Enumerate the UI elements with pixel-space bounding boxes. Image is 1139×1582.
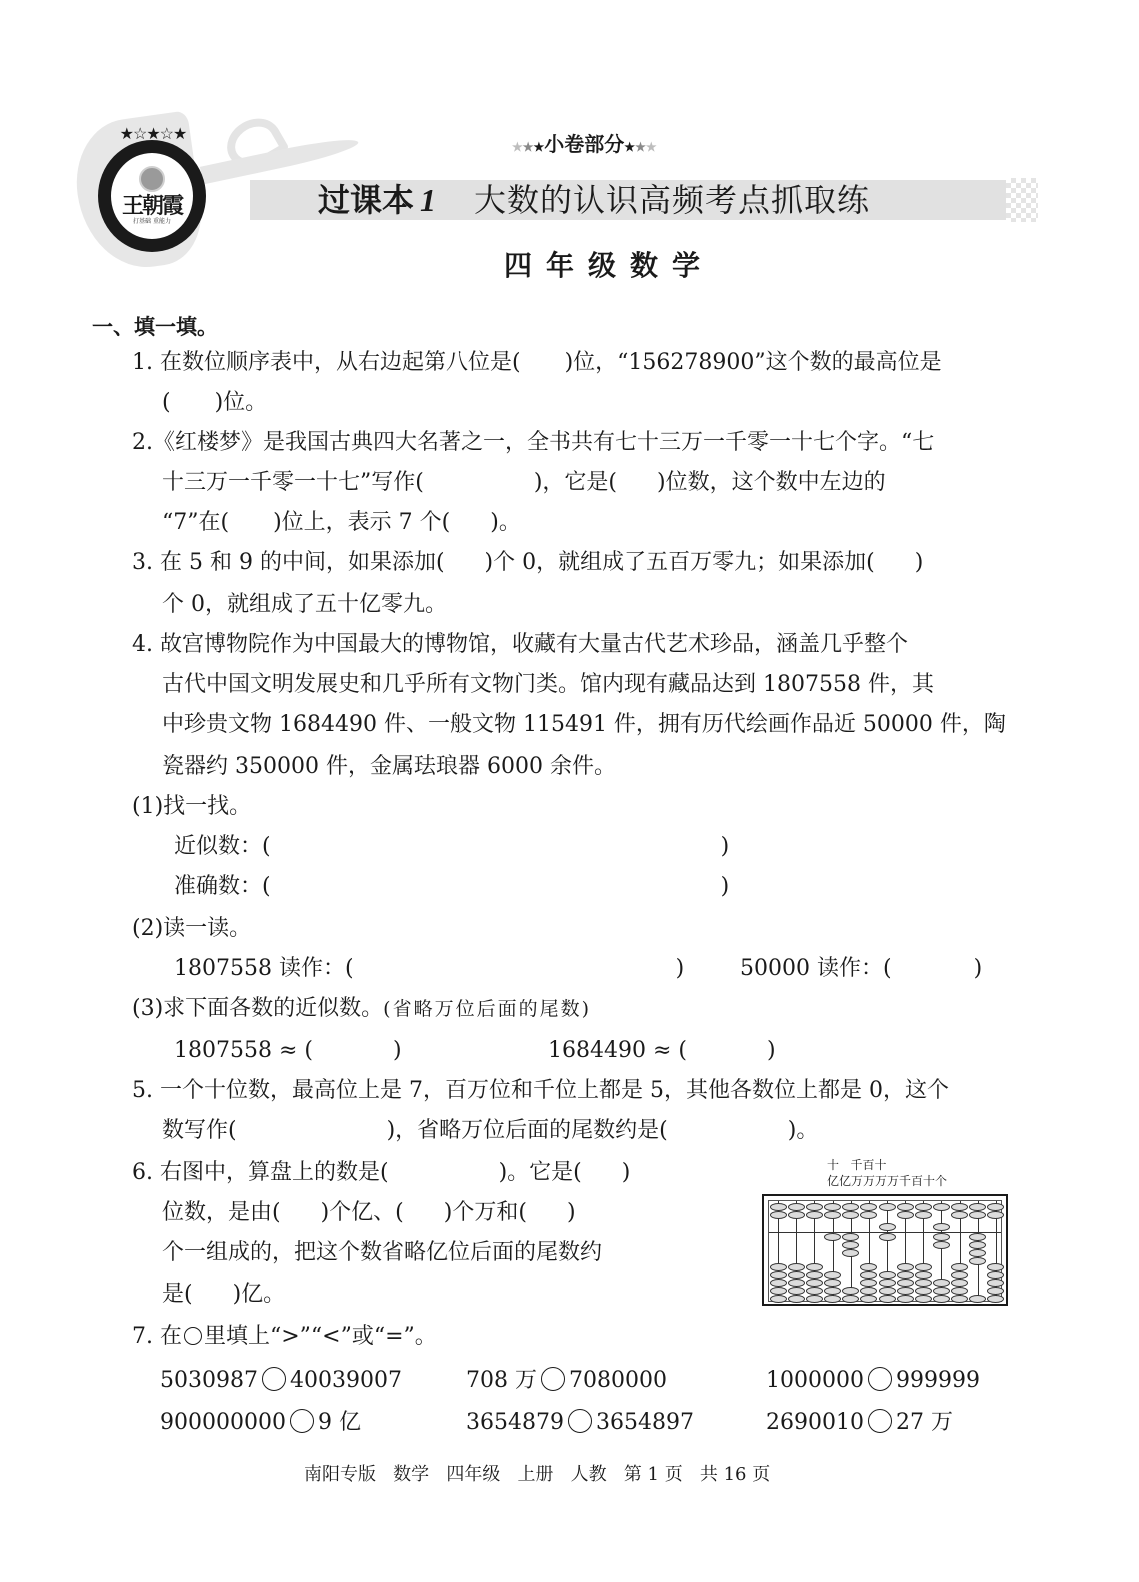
question-6-line-3: 个一组成的，把这个数省略亿位后面的尾数约 [162,1238,602,1268]
subject-title: 四年级数学 [504,244,714,284]
abacus-bead [806,1203,823,1211]
abacus-bead [897,1263,914,1271]
question-1-line-2: ()位。 [162,388,267,418]
abacus-bead [987,1287,1004,1295]
star-icon: ★ [523,140,534,154]
abacus-bead [897,1295,914,1303]
abacus-bead [915,1203,932,1211]
abacus-bead [933,1295,950,1303]
star-icon: ★ [534,140,545,154]
abacus-bead [770,1263,787,1271]
abacus-bead [933,1233,950,1241]
abacus-bead [951,1271,968,1279]
section-tag-text: 小卷部分 [544,132,624,156]
abacus-frame [768,1200,1002,1302]
abacus-bead [879,1203,896,1211]
abacus-bead [951,1295,968,1303]
abacus-bead [879,1287,896,1295]
abacus-bead [824,1279,841,1287]
question-5-line-1: 5. 一个十位数，最高位上是 7，百万位和千位上都是 5，其他各数位上都是 0，… [132,1076,949,1106]
abacus-bead [879,1279,896,1287]
abacus-bead [879,1295,896,1303]
abacus-bead [842,1211,859,1219]
abacus-bead [806,1295,823,1303]
abacus-bead [860,1263,877,1271]
abacus-bead [879,1233,896,1241]
abacus-bead [897,1211,914,1219]
abacus-bead [915,1211,932,1219]
question-4-line-3: 中珍贵文物 1684490 件、一般文物 115491 件，拥有历代绘画作品近 … [162,710,1006,740]
abacus-bead [788,1279,805,1287]
abacus-bead [770,1203,787,1211]
abacus-bead [969,1249,986,1257]
abacus-bead [987,1295,1004,1303]
abacus-bead [824,1211,841,1219]
question-5-line-2: 数写作()，省略万位后面的尾数约是()。 [162,1116,818,1146]
approx-number-row: 近似数：() [174,832,729,862]
abacus-bead [915,1279,932,1287]
lesson-topic: 大数的认识高频考点抓取练 [474,181,870,219]
abacus-bead [951,1211,968,1219]
abacus-bead [933,1241,950,1249]
question-7-prompt: 7. 在里填上“>”“<”或“=”。 [132,1322,437,1352]
compare-circle-input[interactable] [541,1367,565,1391]
compare-pair: 503098740039007 [160,1366,402,1396]
compare-circle-input[interactable] [568,1409,592,1433]
abacus-bead [860,1211,877,1219]
abacus-bead [842,1295,859,1303]
abacus-bead [770,1295,787,1303]
abacus-bead [933,1203,950,1211]
abacus-bead [897,1271,914,1279]
abacus-bead [788,1295,805,1303]
abacus-bead [770,1279,787,1287]
logo-slogan: 打基础 重能力 [133,218,171,226]
compare-pair: 269001027 万 [766,1408,953,1438]
compare-pair: 1000000999999 [766,1366,980,1396]
compare-pair: 708 万7080000 [466,1366,667,1396]
compare-pair: 36548793654897 [466,1408,694,1438]
section-heading: 一、填一填。 [92,312,218,342]
question-2-line-1: 2.《红楼梦》是我国古典四大名著之一，全书共有七十三万一千零一十七个字。“七 [132,428,934,458]
abacus-bead [915,1271,932,1279]
question-6-line-2: 位数，是由()个亿、()个万和() [162,1198,576,1228]
logo-name: 王朝霞 [122,194,182,218]
star-icon: ★ [512,140,523,154]
abacus-bead [987,1271,1004,1279]
abacus-bead [788,1203,805,1211]
checker-pattern-decoration [1006,178,1038,222]
abacus-bead [915,1263,932,1271]
abacus-bead [770,1271,787,1279]
abacus-bead [915,1295,932,1303]
abacus-bead [969,1257,986,1265]
abacus-bead [770,1287,787,1295]
abacus-bead [824,1203,841,1211]
abacus-bead [933,1287,950,1295]
abacus-bead [770,1211,787,1219]
abacus-bead [788,1263,805,1271]
abacus-bead [842,1233,859,1241]
abacus-bead [897,1203,914,1211]
abacus-bead [969,1211,986,1219]
abacus-bead [897,1287,914,1295]
abacus-bead [951,1279,968,1287]
lesson-label: 过课本 [318,181,414,219]
abacus-bead [860,1295,877,1303]
abacus-bead [788,1271,805,1279]
abacus-bead [806,1211,823,1219]
abacus-bead [969,1241,986,1249]
page-footer: 南阳专版 数学 四年级 上册 人教 第 1 页 共 16 页 [304,1460,770,1486]
subquestion-3-title: (3)求下面各数的近似数。(省略万位后面的尾数) [132,994,591,1024]
abacus-figure [762,1194,1008,1306]
abacus-bead [788,1211,805,1219]
question-1-line-1: 1. 在数位顺序表中，从右边起第八位是()位，“156278900”这个数的最高… [132,348,942,378]
exact-number-row: 准确数：() [174,872,729,902]
abacus-bead [842,1287,859,1295]
compare-circle-input[interactable] [868,1409,892,1433]
abacus-bead [987,1203,1004,1211]
approx-row-2: 1684490 ≈ () [548,1036,776,1066]
compare-pair: 9000000009 亿 [160,1408,361,1438]
abacus-bead [969,1203,986,1211]
circle-icon [184,1327,202,1345]
abacus-bead [951,1203,968,1211]
abacus-bead [987,1263,1004,1271]
publisher-logo: 王朝霞 打基础 重能力 [98,140,206,252]
abacus-bead [987,1279,1004,1287]
approx-row-1: 1807558 ≈ () [174,1036,402,1066]
compare-circle-input[interactable] [290,1409,314,1433]
abacus-bead [824,1295,841,1303]
abacus-bead [806,1271,823,1279]
abacus-place-labels-top: 十 千百十 [827,1156,886,1173]
abacus-bead [951,1287,968,1295]
star-icon: ★ [624,140,635,154]
question-6-line-4: 是()亿。 [162,1280,285,1310]
abacus-bead [879,1223,896,1231]
question-3-line-2: 个 0，就组成了五十亿零九。 [162,590,447,620]
question-4-line-2: 古代中国文明发展史和几乎所有文物门类。馆内现有藏品达到 1807558 件，其 [162,670,934,700]
question-6-line-1: 6. 右图中，算盘上的数是()。它是() [132,1158,630,1188]
abacus-bead [987,1211,1004,1219]
abacus-place-labels: 亿亿万万万万千百十个 [827,1172,947,1189]
abacus-bead [969,1233,986,1241]
abacus-bead [842,1203,859,1211]
abacus-bead [788,1287,805,1295]
abacus-bead [915,1287,932,1295]
abacus-bead [951,1263,968,1271]
subquestion-2-title: (2)读一读。 [132,914,251,944]
subquestion-3-note: (省略万位后面的尾数) [383,998,591,1020]
abacus-bead [897,1279,914,1287]
compare-circle-input[interactable] [262,1367,286,1391]
subquestion-1-title: (1)找一找。 [132,792,251,822]
abacus-bead [806,1279,823,1287]
abacus-bead [933,1279,950,1287]
section-tag: ★★★小卷部分★★★ [512,128,657,157]
question-3-line-1: 3. 在 5 和 9 的中间，如果添加()个 0，就组成了五百万零九；如果添加(… [132,548,923,578]
question-2-line-2: 十三万一千零一十七”写作()，它是()位数，这个数中左边的 [162,468,886,498]
abacus-bead [860,1279,877,1287]
compare-circle-input[interactable] [868,1367,892,1391]
portrait-icon [139,166,165,192]
question-4-line-4: 瓷器约 350000 件，金属珐琅器 6000 余件。 [162,752,616,782]
abacus-bead [806,1287,823,1295]
lesson-title: 过课本1大数的认识高频考点抓取练 [318,180,870,220]
star-icon: ★ [646,140,657,154]
abacus-bead [842,1249,859,1257]
abacus-bead [824,1287,841,1295]
abacus-bead [824,1233,841,1241]
read-number-row-2: 50000 读作：() [740,954,982,984]
question-4-line-1: 4. 故宫博物院作为中国最大的博物馆，收藏有大量古代艺术珍品，涵盖几乎整个 [132,630,908,660]
abacus-bead [860,1203,877,1211]
question-2-line-3: “7”在()位上，表示 7 个()。 [162,508,521,538]
star-icon: ★ [635,140,646,154]
read-number-row-1: 1807558 读作：() [174,954,684,984]
abacus-bead [824,1271,841,1279]
abacus-bead [860,1287,877,1295]
abacus-bead [842,1241,859,1249]
abacus-bead [969,1295,986,1303]
abacus-bead [879,1271,896,1279]
abacus-bead [860,1271,877,1279]
abacus-bead [806,1263,823,1271]
abacus-bead [933,1223,950,1231]
lesson-number: 1 [420,182,436,218]
